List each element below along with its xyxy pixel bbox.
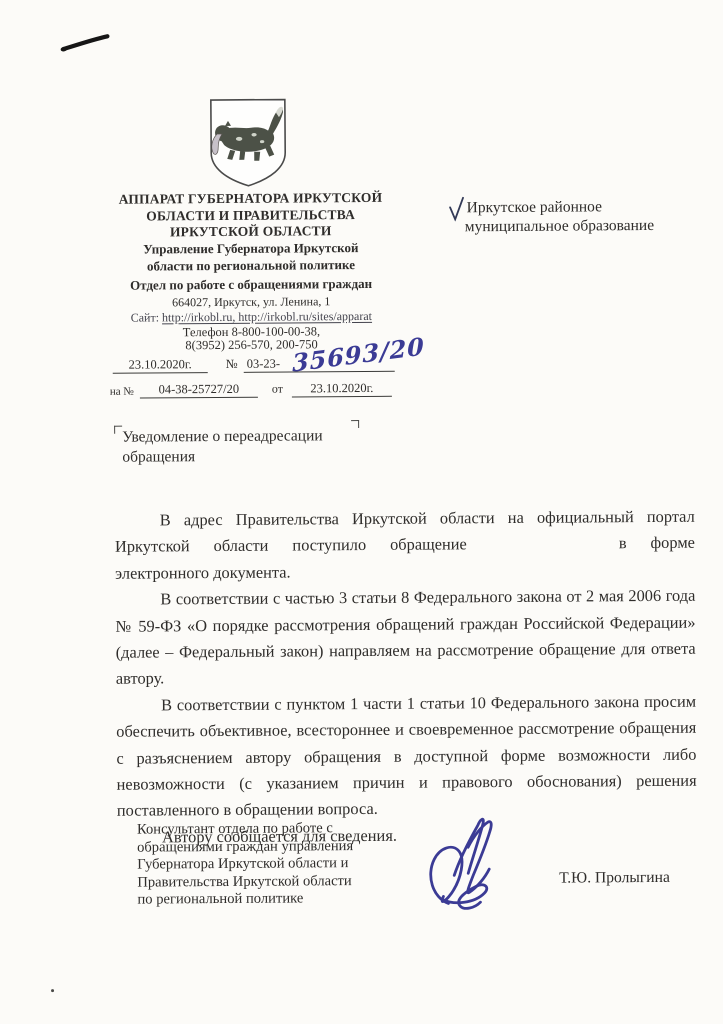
from-label: от: [272, 382, 283, 397]
paragraph-3: В соответствии с пунктом 1 части 1 стать…: [116, 689, 697, 825]
handwritten-signature-icon: [418, 799, 524, 930]
signer-position-line: по региональной политике: [137, 890, 422, 910]
subject: Уведомление о переадресации обращения: [122, 426, 372, 467]
signer-name: Т.Ю. Пролыгина: [559, 869, 670, 888]
org-name-line: ИРКУТСКОЙ ОБЛАСТИ: [91, 223, 411, 242]
division-name: Управление Губернатора Иркутской области…: [91, 240, 411, 275]
in-reply-to-date: 23.10.2020г.: [292, 381, 392, 398]
subject-line: Уведомление о переадресации: [122, 426, 372, 447]
in-reply-to-label: на №: [110, 386, 134, 398]
division-line: области по региональной политике: [91, 256, 411, 275]
hand-checkmark-icon: [449, 196, 465, 221]
org-name-line: АППАРАТ ГУБЕРНАТОРА ИРКУТСКОЙ: [90, 190, 410, 209]
number-sign: №: [226, 357, 238, 372]
addressee-line: муниципальное образование: [465, 216, 654, 236]
coat-of-arms-irkutsk-oblast-icon: [204, 94, 293, 191]
signer-position: Консультант отдела по работе с обращения…: [137, 820, 423, 910]
signer-position-line: Правительства Иркутской области: [137, 872, 422, 892]
signer-position-line: Губернатора Иркутской области и: [137, 855, 422, 875]
scan-artifact-dot: [51, 989, 54, 992]
addressee-line: Иркутское районное: [467, 197, 654, 217]
addressee: Иркутское районное муниципальное образов…: [467, 197, 655, 236]
letter-body: В адрес Правительства Иркутской области …: [115, 504, 697, 851]
pen-scribble-dash-icon: [57, 30, 115, 58]
paragraph-1-text: В адрес Правительства Иркутской области …: [115, 507, 695, 556]
subject-line: обращения: [122, 445, 372, 466]
org-name: АППАРАТ ГУБЕРНАТОРА ИРКУТСКОЙ ОБЛАСТИ И …: [90, 190, 410, 242]
redacted-gap: [467, 549, 619, 550]
website-label: Сайт:: [131, 310, 159, 324]
paragraph-1: В адрес Правительства Иркутской области …: [115, 504, 696, 587]
signer-position-line: Консультант отдела по работе с: [137, 820, 422, 840]
subject-corner-mark-left: [114, 426, 122, 434]
department-name: Отдел по работе с обращениями граждан: [91, 276, 411, 294]
signer-position-line: обращениями граждан управления: [137, 837, 422, 857]
outgoing-date: 23.10.2020г.: [113, 357, 208, 374]
scanned-letter-page: АППАРАТ ГУБЕРНАТОРА ИРКУТСКОЙ ОБЛАСТИ И …: [0, 0, 723, 1024]
website-urls: http://irkobl.ru, http://irkobl.ru/sites…: [162, 309, 372, 324]
in-reply-to-number: 04-38-25727/20: [140, 382, 258, 399]
paragraph-2: В соответствии с частью 3 статьи 8 Федер…: [115, 583, 696, 693]
